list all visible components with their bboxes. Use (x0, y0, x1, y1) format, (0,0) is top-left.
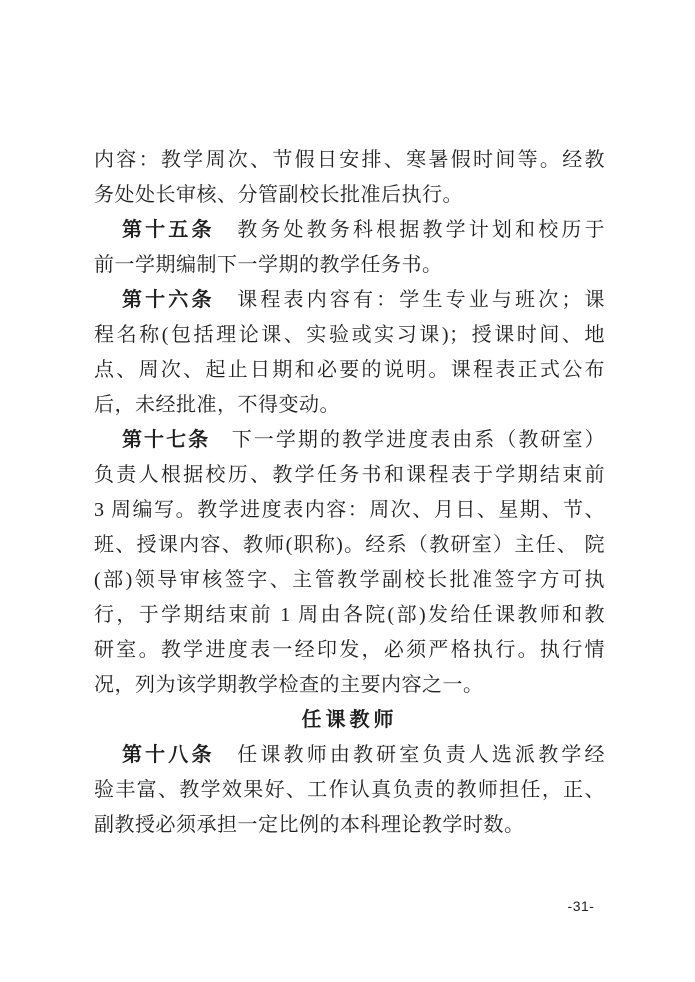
text-line: 第十八条任课教师由教研室负责人选派教学经 (94, 738, 605, 773)
section-heading: 任课教师 (94, 703, 605, 738)
document-body: 内容：教学周次、节假日安排、寒暑假时间等。经教务处处长审核、分管副校长批准后执行… (94, 143, 605, 843)
text-line: 程名称(包括理论课、实验或实习课)；授课时间、地 (94, 318, 605, 353)
text-line: 后，未经批准，不得变动。 (94, 388, 605, 423)
document-page: 内容：教学周次、节假日安排、寒暑假时间等。经教务处处长审核、分管副校长批准后执行… (0, 0, 695, 982)
text-line: 研室。教学进度表一经印发，必须严格执行。执行情 (94, 633, 605, 668)
text-line: 务处处长审核、分管副校长批准后执行。 (94, 178, 605, 213)
line-text: 任课教师由教研室负责人选派教学经 (235, 744, 605, 766)
article-number: 第十六条 (122, 289, 215, 311)
text-line: 3 周编写。教学进度表内容：周次、月日、星期、节、 (94, 493, 605, 528)
text-line: 班、授课内容、教师(职称)。经系（教研室）主任、 院 (94, 528, 605, 563)
text-line: (部)领导审核签字、主管教学副校长批准签字方可执 (94, 563, 605, 598)
text-line: 行，于学期结束前 1 周由各院(部)发给任课教师和教 (94, 598, 605, 633)
text-line: 第十七条下一学期的教学进度表由系（教研室） (94, 423, 605, 458)
article-number: 第十八条 (122, 744, 215, 766)
article-number: 第十七条 (122, 429, 210, 451)
line-text: 下一学期的教学进度表由系（教研室） (230, 429, 605, 451)
text-line: 前一学期编制下一学期的教学任务书。 (94, 248, 605, 283)
text-line: 内容：教学周次、节假日安排、寒暑假时间等。经教 (94, 143, 605, 178)
text-line: 点、周次、起止日期和必要的说明。课程表正式公布 (94, 353, 605, 388)
text-line: 况，列为该学期教学检查的主要内容之一。 (94, 668, 605, 703)
article-number: 第十五条 (122, 219, 215, 241)
text-line: 负责人根据校历、教学任务书和课程表于学期结束前 (94, 458, 605, 493)
text-line: 验丰富、教学效果好、工作认真负责的教师担任，正、 (94, 773, 605, 808)
line-text: 课程表内容有：学生专业与班次；课 (235, 289, 605, 311)
text-line: 副教授必须承担一定比例的本科理论教学时数。 (94, 808, 605, 843)
page-number: -31- (563, 897, 599, 915)
text-line: 第十五条教务处教务科根据教学计划和校历于 (94, 213, 605, 248)
line-text: 教务处教务科根据教学计划和校历于 (235, 219, 605, 241)
text-line: 第十六条课程表内容有：学生专业与班次；课 (94, 283, 605, 318)
